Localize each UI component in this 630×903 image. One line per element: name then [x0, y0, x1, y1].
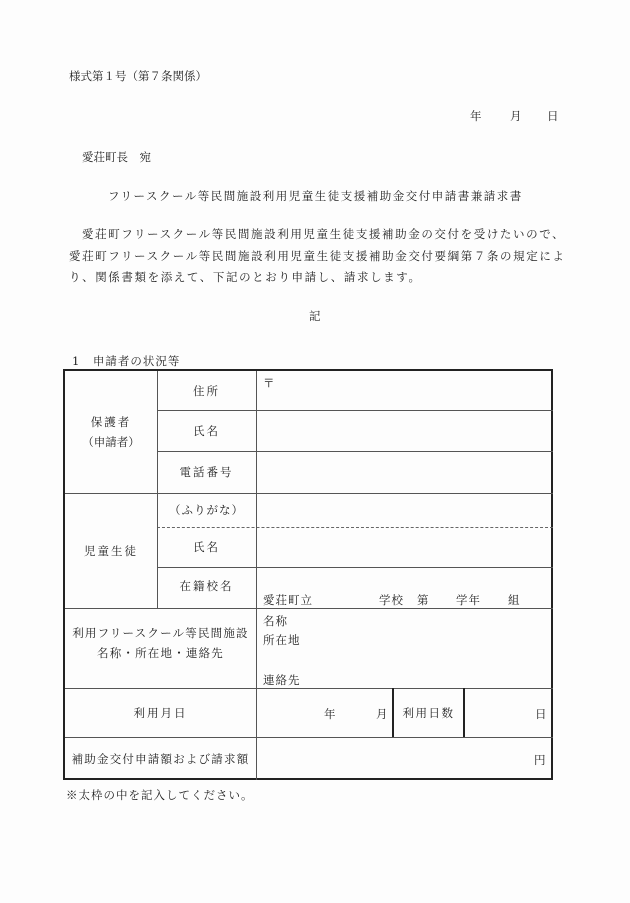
address-label: 住所 — [157, 371, 256, 410]
date-month: 月 — [510, 108, 522, 124]
application-table: 保護者 （申請者） 住所 〒 氏名 電話番号 児童生徒 （ふりがな） 氏名 在籍… — [63, 369, 553, 780]
phone-label: 電話番号 — [157, 451, 256, 493]
amount-label: 補助金交付申請額および請求額 — [65, 737, 256, 780]
usage-month-label: 利用月日 — [65, 688, 256, 737]
body-line-3: り、関係書類を添えて、下記のとおり申請し、請求します。 — [69, 269, 422, 285]
furigana-label: （ふりがな） — [157, 493, 256, 527]
facility-label-line2: 名称・所在地・連絡先 — [97, 645, 224, 661]
guardian-label: 保護者 （申請者） — [65, 371, 157, 493]
guardian-label-text: 保護者 — [91, 414, 132, 430]
school-label: 在籍校名 — [157, 567, 256, 604]
facility-location-label: 所在地 — [263, 632, 301, 648]
student-label: 児童生徒 — [65, 493, 157, 608]
document-title: フリースクール等民間施設利用児童生徒支援補助金交付申請書兼請求書 — [108, 188, 523, 204]
date-year: 年 — [470, 108, 482, 124]
body-line-1: 愛荘町フリースクール等民間施設利用児童生徒支援補助金の交付を受けたいので、 — [82, 226, 565, 242]
facility-label: 利用フリースクール等民間施設 名称・所在地・連絡先 — [65, 608, 256, 678]
guardian-name-label: 氏名 — [157, 410, 256, 451]
usage-month-field[interactable] — [257, 689, 392, 737]
addressee: 愛荘町長 宛 — [82, 149, 151, 165]
footer-note: ※太枠の中を記入してください。 — [66, 787, 254, 803]
form-number: 様式第１号（第７条関係） — [69, 68, 207, 84]
facility-name-label: 名称 — [263, 613, 288, 629]
facility-field[interactable] — [305, 609, 553, 688]
student-name-label: 氏名 — [157, 527, 256, 567]
usage-days-field[interactable] — [465, 689, 553, 737]
phone-field[interactable] — [257, 452, 553, 493]
guardian-name-field[interactable] — [257, 411, 553, 451]
school-field[interactable] — [257, 568, 553, 608]
date-day: 日 — [547, 108, 559, 124]
facility-contact-label: 連絡先 — [263, 672, 301, 688]
section-heading: 1 申請者の状況等 — [72, 353, 180, 369]
usage-days-label: 利用日数 — [394, 688, 463, 737]
ki-label: 記 — [309, 308, 321, 324]
facility-label-line1: 利用フリースクール等民間施設 — [72, 625, 249, 641]
body-line-2: 愛荘町フリースクール等民間施設利用児童生徒支援補助金交付要綱第７条の規定によ — [69, 248, 566, 264]
address-field[interactable] — [257, 371, 553, 410]
student-name-field[interactable] — [257, 528, 553, 567]
amount-field[interactable] — [257, 738, 553, 780]
furigana-field[interactable] — [257, 494, 553, 527]
guardian-sublabel: （申請者） — [82, 434, 140, 450]
